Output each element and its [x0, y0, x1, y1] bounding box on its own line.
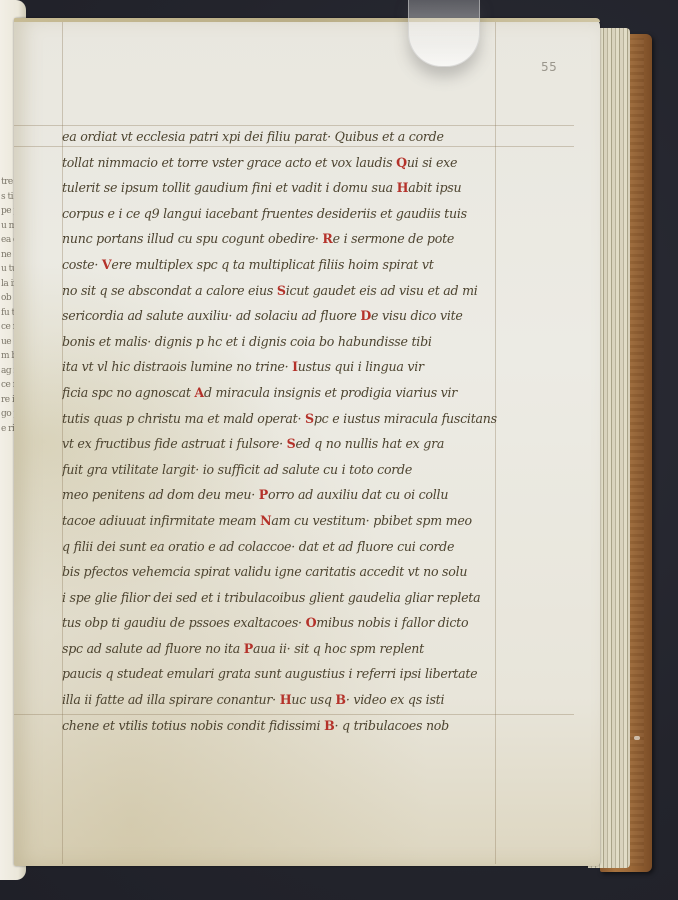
manuscript-line: tollat nimmacio et torre vster grace act…	[62, 150, 524, 176]
rubric-initial: A	[194, 385, 204, 400]
line-text: bis pfectos vehemcia spirat validu igne …	[62, 564, 467, 579]
rubric-initial: O	[306, 615, 317, 630]
manuscript-line: bonis et malis· dignis p hc et i dignis …	[62, 329, 524, 355]
line-text: nunc portans illud cu spu cogunt obedire…	[62, 231, 322, 246]
line-text: tollat nimmacio et torre vster grace act…	[62, 155, 396, 170]
line-text: · q tribulacoes nob	[335, 718, 449, 733]
line-text: vt ex fructibus fide astruat i fulsore·	[62, 436, 287, 451]
manuscript-line: tus obp ti gaudiu de pssoes exaltacoes· …	[62, 610, 524, 636]
rubric-initial: B	[324, 718, 334, 733]
line-text: tulerit se ipsum tollit gaudium fini et …	[62, 180, 397, 195]
line-text: mibus nobis i fallor dicto	[316, 615, 468, 630]
manuscript-line: meo penitens ad dom deu meu· Porro ad au…	[62, 482, 524, 508]
manuscript-line: spc ad salute ad fluore no ita Paua ii· …	[62, 636, 524, 662]
manuscript-line: sericordia ad salute auxiliu· ad solaciu…	[62, 303, 524, 329]
manuscript-line: nunc portans illud cu spu cogunt obedire…	[62, 226, 524, 252]
manuscript-line: coste· Vere multiplex spc q ta multiplic…	[62, 252, 524, 278]
line-text: ed q no nullis hat ex gra	[295, 436, 444, 451]
line-text: fuit gra vtilitate largit· io sufficit a…	[62, 462, 412, 477]
line-text: bonis et malis· dignis p hc et i dignis …	[62, 334, 432, 349]
line-text: paucis q studeat emulari grata sunt augu…	[62, 666, 477, 681]
line-text: spc ad salute ad fluore no ita	[62, 641, 244, 656]
manuscript-line: corpus e i ce q9 langui iacebant fruente…	[62, 201, 524, 227]
line-text: aua ii· sit q hoc spm replent	[253, 641, 424, 656]
line-text: e i sermone de pote	[333, 231, 454, 246]
manuscript-line: bis pfectos vehemcia spirat validu igne …	[62, 559, 524, 585]
line-text: coste·	[62, 257, 102, 272]
line-text: ita vt vl hic distraois lumine no trine·	[62, 359, 292, 374]
rubric-initial: H	[280, 692, 292, 707]
line-text: e visu dico vite	[371, 308, 463, 323]
manuscript-line: ita vt vl hic distraois lumine no trine·…	[62, 354, 524, 380]
line-text: pc e iustus miracula fuscitans	[314, 411, 497, 426]
line-text: i spe glie filior dei sed et i tribulaco…	[62, 590, 480, 605]
manuscript-line: chene et vtilis totius nobis condit fidi…	[62, 713, 524, 739]
line-text: · Quibus et a corde	[327, 129, 444, 144]
line-text: tutis quas p christu ma et mald operat·	[62, 411, 305, 426]
line-text: sericordia ad salute auxiliu· ad solaciu…	[62, 308, 360, 323]
rubric-initial: P	[259, 487, 268, 502]
rubric-initial: S	[277, 283, 286, 298]
manuscript-line: illa ii fatte ad illa spirare conantur· …	[62, 687, 524, 713]
rubric-initial: Q	[396, 155, 407, 170]
line-text: uc usq	[291, 692, 335, 707]
manuscript-line: i spe glie filior dei sed et i tribulaco…	[62, 585, 524, 611]
line-text: tus obp ti gaudiu de pssoes exaltacoes·	[62, 615, 306, 630]
rubric-initial: N	[260, 513, 271, 528]
line-text: am cu vestitum· pbibet spm meo	[271, 513, 472, 528]
rubric-initial: R	[322, 231, 332, 246]
folio-number: 55	[541, 60, 557, 74]
line-text: abit ipsu	[408, 180, 461, 195]
rubric-initial: V	[102, 257, 112, 272]
manuscript-line: tutis quas p christu ma et mald operat· …	[62, 406, 524, 432]
manuscript-line: vt ex fructibus fide astruat i fulsore· …	[62, 431, 524, 457]
manuscript-line: no sit q se abscondat a calore eius Sicu…	[62, 278, 524, 304]
line-text: ficia spc no agnoscat	[62, 385, 194, 400]
line-text: ere multiplex spc q ta multiplicat filii…	[111, 257, 433, 272]
line-text: no sit q se abscondat a calore eius	[62, 283, 277, 298]
line-text: ea ordiat vt ecclesia patri xpi dei fili…	[62, 129, 327, 144]
line-text: · video ex qs isti	[346, 692, 444, 707]
rubric-initial: S	[305, 411, 314, 426]
manuscript-line: fuit gra vtilitate largit· io sufficit a…	[62, 457, 524, 483]
manuscript-line: paucis q studeat emulari grata sunt augu…	[62, 661, 524, 687]
manuscript-line: q filii dei sunt ea oratio e ad colaccoe…	[62, 534, 524, 560]
rubric-initial: D	[360, 308, 371, 323]
rubric-initial: H	[397, 180, 409, 195]
manuscript-line: tacoe adiuuat infirmitate meam Nam cu ve…	[62, 508, 524, 534]
line-text: d miracula insignis et prodigia viarius …	[204, 385, 457, 400]
manuscript-text-block: ea ordiat vt ecclesia patri xpi dei fili…	[62, 124, 524, 738]
line-text: ui si exe	[407, 155, 457, 170]
line-text: illa ii fatte ad illa spirare conantur·	[62, 692, 280, 707]
manuscript-line: ficia spc no agnoscat Ad miracula insign…	[62, 380, 524, 406]
manuscript-line: ea ordiat vt ecclesia patri xpi dei fili…	[62, 124, 524, 150]
line-text: icut gaudet eis ad visu et ad mi	[286, 283, 478, 298]
line-text: meo penitens ad dom deu meu·	[62, 487, 259, 502]
line-text: orro ad auxiliu dat cu oi collu	[268, 487, 448, 502]
rubric-initial: B	[335, 692, 345, 707]
book-weight	[408, 0, 480, 67]
manuscript-line: tulerit se ipsum tollit gaudium fini et …	[62, 175, 524, 201]
line-text: ustus qui i lingua vir	[298, 359, 424, 374]
line-text: corpus e i ce q9 langui iacebant fruente…	[62, 206, 467, 221]
line-text: chene et vtilis totius nobis condit fidi…	[62, 718, 324, 733]
line-text: tacoe adiuuat infirmitate meam	[62, 513, 260, 528]
rubric-initial: P	[244, 641, 253, 656]
binding-wear-mark	[634, 736, 640, 740]
line-text: q filii dei sunt ea oratio e ad colaccoe…	[62, 539, 454, 554]
